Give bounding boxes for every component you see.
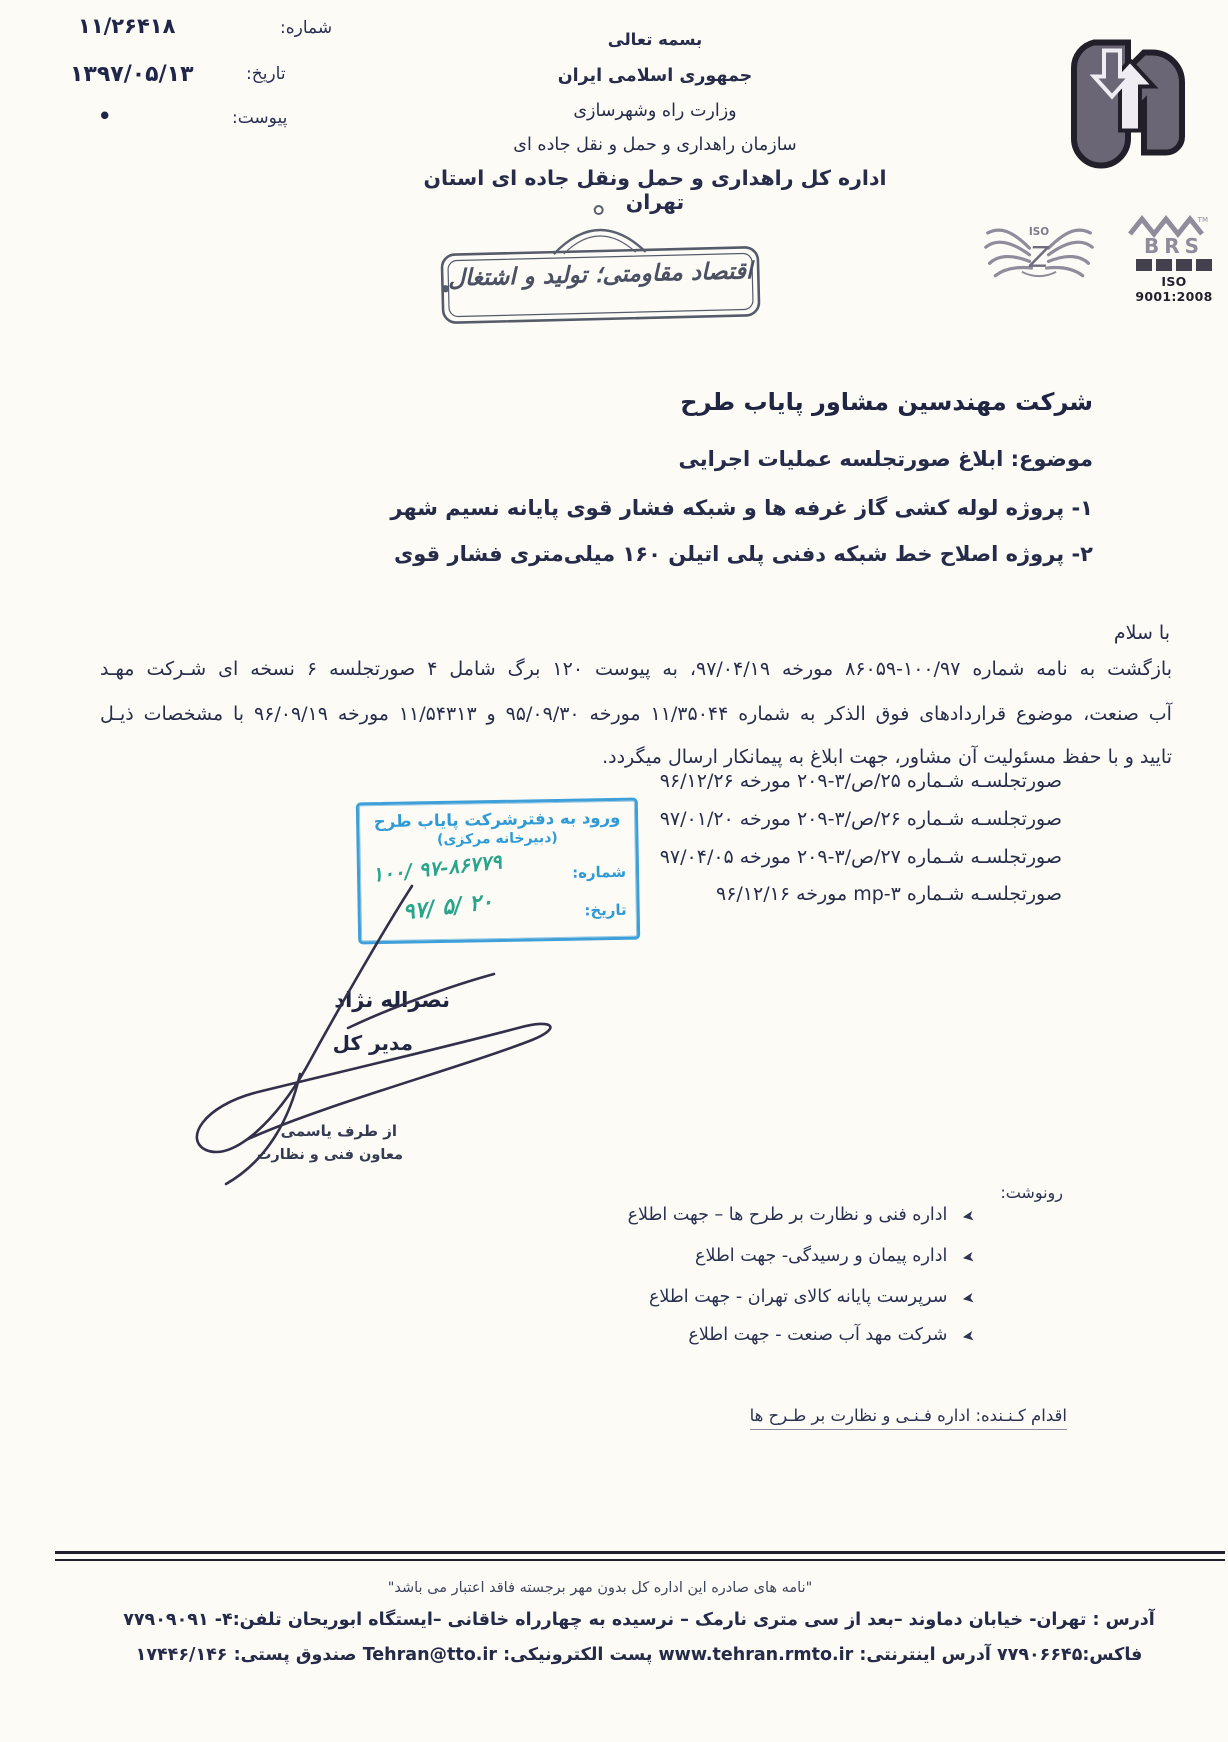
date-value: ۱۳۹۷/۰۵/۱۳ <box>70 62 194 87</box>
arrow-bullet-icon: ➤ <box>961 1206 976 1226</box>
cc-item-4: ➤ شرکت مهد آب صنعت - جهت اطلاع <box>688 1325 975 1345</box>
cc-item-1: ➤ اداره فنی و نظارت بر طرح ها – جهت اطلا… <box>628 1205 975 1225</box>
letter-page: شماره: ۱۱/۲۶۴۱۸ تاریخ: ۱۳۹۷/۰۵/۱۳ پیوست:… <box>0 0 1228 1742</box>
attachment-value: • <box>98 104 111 128</box>
cc-item-3: ➤ سرپرست پایانه کالای تهران - جهت اطلاع <box>649 1287 975 1307</box>
minutes-item-2: صورتجلسـه شـماره ۲۶/ص/۳-۲۰۹ مورخه ۹۷/۰۱/… <box>660 808 1062 830</box>
attachment-label: پیوست: <box>232 108 287 128</box>
rmto-logo-icon <box>1070 28 1190 173</box>
minutes-item-4: صورتجلسـه شـماره mp-۳ مورخه ۹۶/۱۲/۱۶ <box>716 883 1062 905</box>
on-behalf-line: از طرف یاسمی <box>281 1122 397 1140</box>
brs-cert-text: ISO 9001:2008 <box>1124 274 1224 304</box>
entry-stamp-title: ورود به دفترشرکت پایاب طرح <box>359 808 635 832</box>
cc-item-2: ➤ اداره پیمان و رسیدگی- جهت اطلاع <box>695 1246 975 1266</box>
bismillah: بسمه تعالی <box>420 30 890 49</box>
entry-stamp-subtitle: (دبیرخانه مرکزی) <box>359 829 635 850</box>
country-name: جمهوری اسلامی ایران <box>420 66 890 86</box>
subject-item-2: ۲- پروژه اصلاح خط شبکه دفنی پلی اتیلن ۱۶… <box>394 542 1093 566</box>
subject-line: موضوع: ابلاغ صورتجلسه عملیات اجرایی <box>678 447 1093 471</box>
footer-contact: فاکس:۷۷۹۰۶۶۴۵ آدرس اینترنتی: www.tehran.… <box>90 1645 1188 1665</box>
body-line-2: آب صنعت، موضوع قراردادهای فوق الذکر به ش… <box>100 700 1172 729</box>
minutes-item-3: صورتجلسـه شـماره ۲۷/ص/۳-۲۰۹ مورخه ۹۷/۰۴/… <box>660 846 1062 868</box>
signature-scribble-icon <box>150 878 570 1193</box>
cc-item-text: سرپرست پایانه کالای تهران - جهت اطلاع <box>649 1287 947 1307</box>
iso-wings-badge: ISO Z <box>982 210 1096 290</box>
body-line-3: تایید و با حفظ مسئولیت آن مشاور، جهت ابل… <box>100 743 1172 772</box>
cc-item-text: اداره پیمان و رسیدگی- جهت اطلاع <box>695 1246 947 1266</box>
subject-item-1: ۱- پروژه لوله کشی گاز غرفه ها و شبکه فشا… <box>390 496 1093 520</box>
date-label: تاریخ: <box>246 64 286 84</box>
organization-name: سازمان راهداری و حمل و نقل جاده ای <box>420 135 890 155</box>
body-line-1: بازگشت به نامه شماره ۱۰۰/۹۷-۸۶۰۵۹ مورخه … <box>100 655 1172 684</box>
slogan-stamp: اقتصاد مقاومتی؛ تولید و اشتغال <box>437 199 764 329</box>
entry-stamp-date-label: تاریخ: <box>584 901 627 920</box>
action-by-line: اقدام کـنـنده: اداره فـنـی و نظارت بر طـ… <box>750 1406 1067 1430</box>
arrow-bullet-icon: ➤ <box>961 1288 976 1308</box>
brs-badge: TM BRS ISO 9001:2008 <box>1124 214 1224 304</box>
footer-validity-note: "نامه های صادره این اداره کل بدون مهر بر… <box>360 1580 840 1596</box>
footer-address: آدرس : تهران- خیابان دماوند –بعد از سی م… <box>90 1610 1188 1630</box>
brs-squares <box>1124 259 1224 271</box>
arrow-bullet-icon: ➤ <box>961 1326 976 1346</box>
entry-stamp-number-label: شماره: <box>572 863 626 882</box>
cc-item-text: اداره فنی و نظارت بر طرح ها – جهت اطلاع <box>628 1205 948 1225</box>
arrow-bullet-icon: ➤ <box>961 1247 976 1267</box>
iso-wings-icon: ISO Z <box>982 210 1096 290</box>
iso-badge-text: ISO <box>1029 226 1049 238</box>
minutes-item-1: صورتجلسـه شـماره ۲۵/ص/۳-۲۰۹ مورخه ۹۶/۱۲/… <box>660 770 1062 792</box>
number-label: شماره: <box>280 18 332 38</box>
brs-tm-text: TM <box>1197 216 1208 224</box>
deputy-title-line: معاون فنی و نظارت <box>257 1147 403 1163</box>
salutation: با سلام <box>1114 622 1170 644</box>
cc-item-text: شرکت مهد آب صنعت - جهت اطلاع <box>688 1325 947 1345</box>
footer-divider <box>55 1551 1225 1561</box>
ministry-name: وزارت راه وشهرسازی <box>420 101 890 121</box>
cc-label: رونوشت: <box>1000 1183 1063 1202</box>
recipient-line: شرکت مهندسین مشاور پایاب طرح <box>680 388 1093 416</box>
brs-brand: BRS <box>1124 236 1224 256</box>
number-value: ۱۱/۲۶۴۱۸ <box>78 14 175 38</box>
rmto-logo <box>1070 28 1190 173</box>
letterhead: بسمه تعالی جمهوری اسلامی ایران وزارت راه… <box>420 30 890 214</box>
iso-badge-letter: Z <box>1028 241 1050 274</box>
